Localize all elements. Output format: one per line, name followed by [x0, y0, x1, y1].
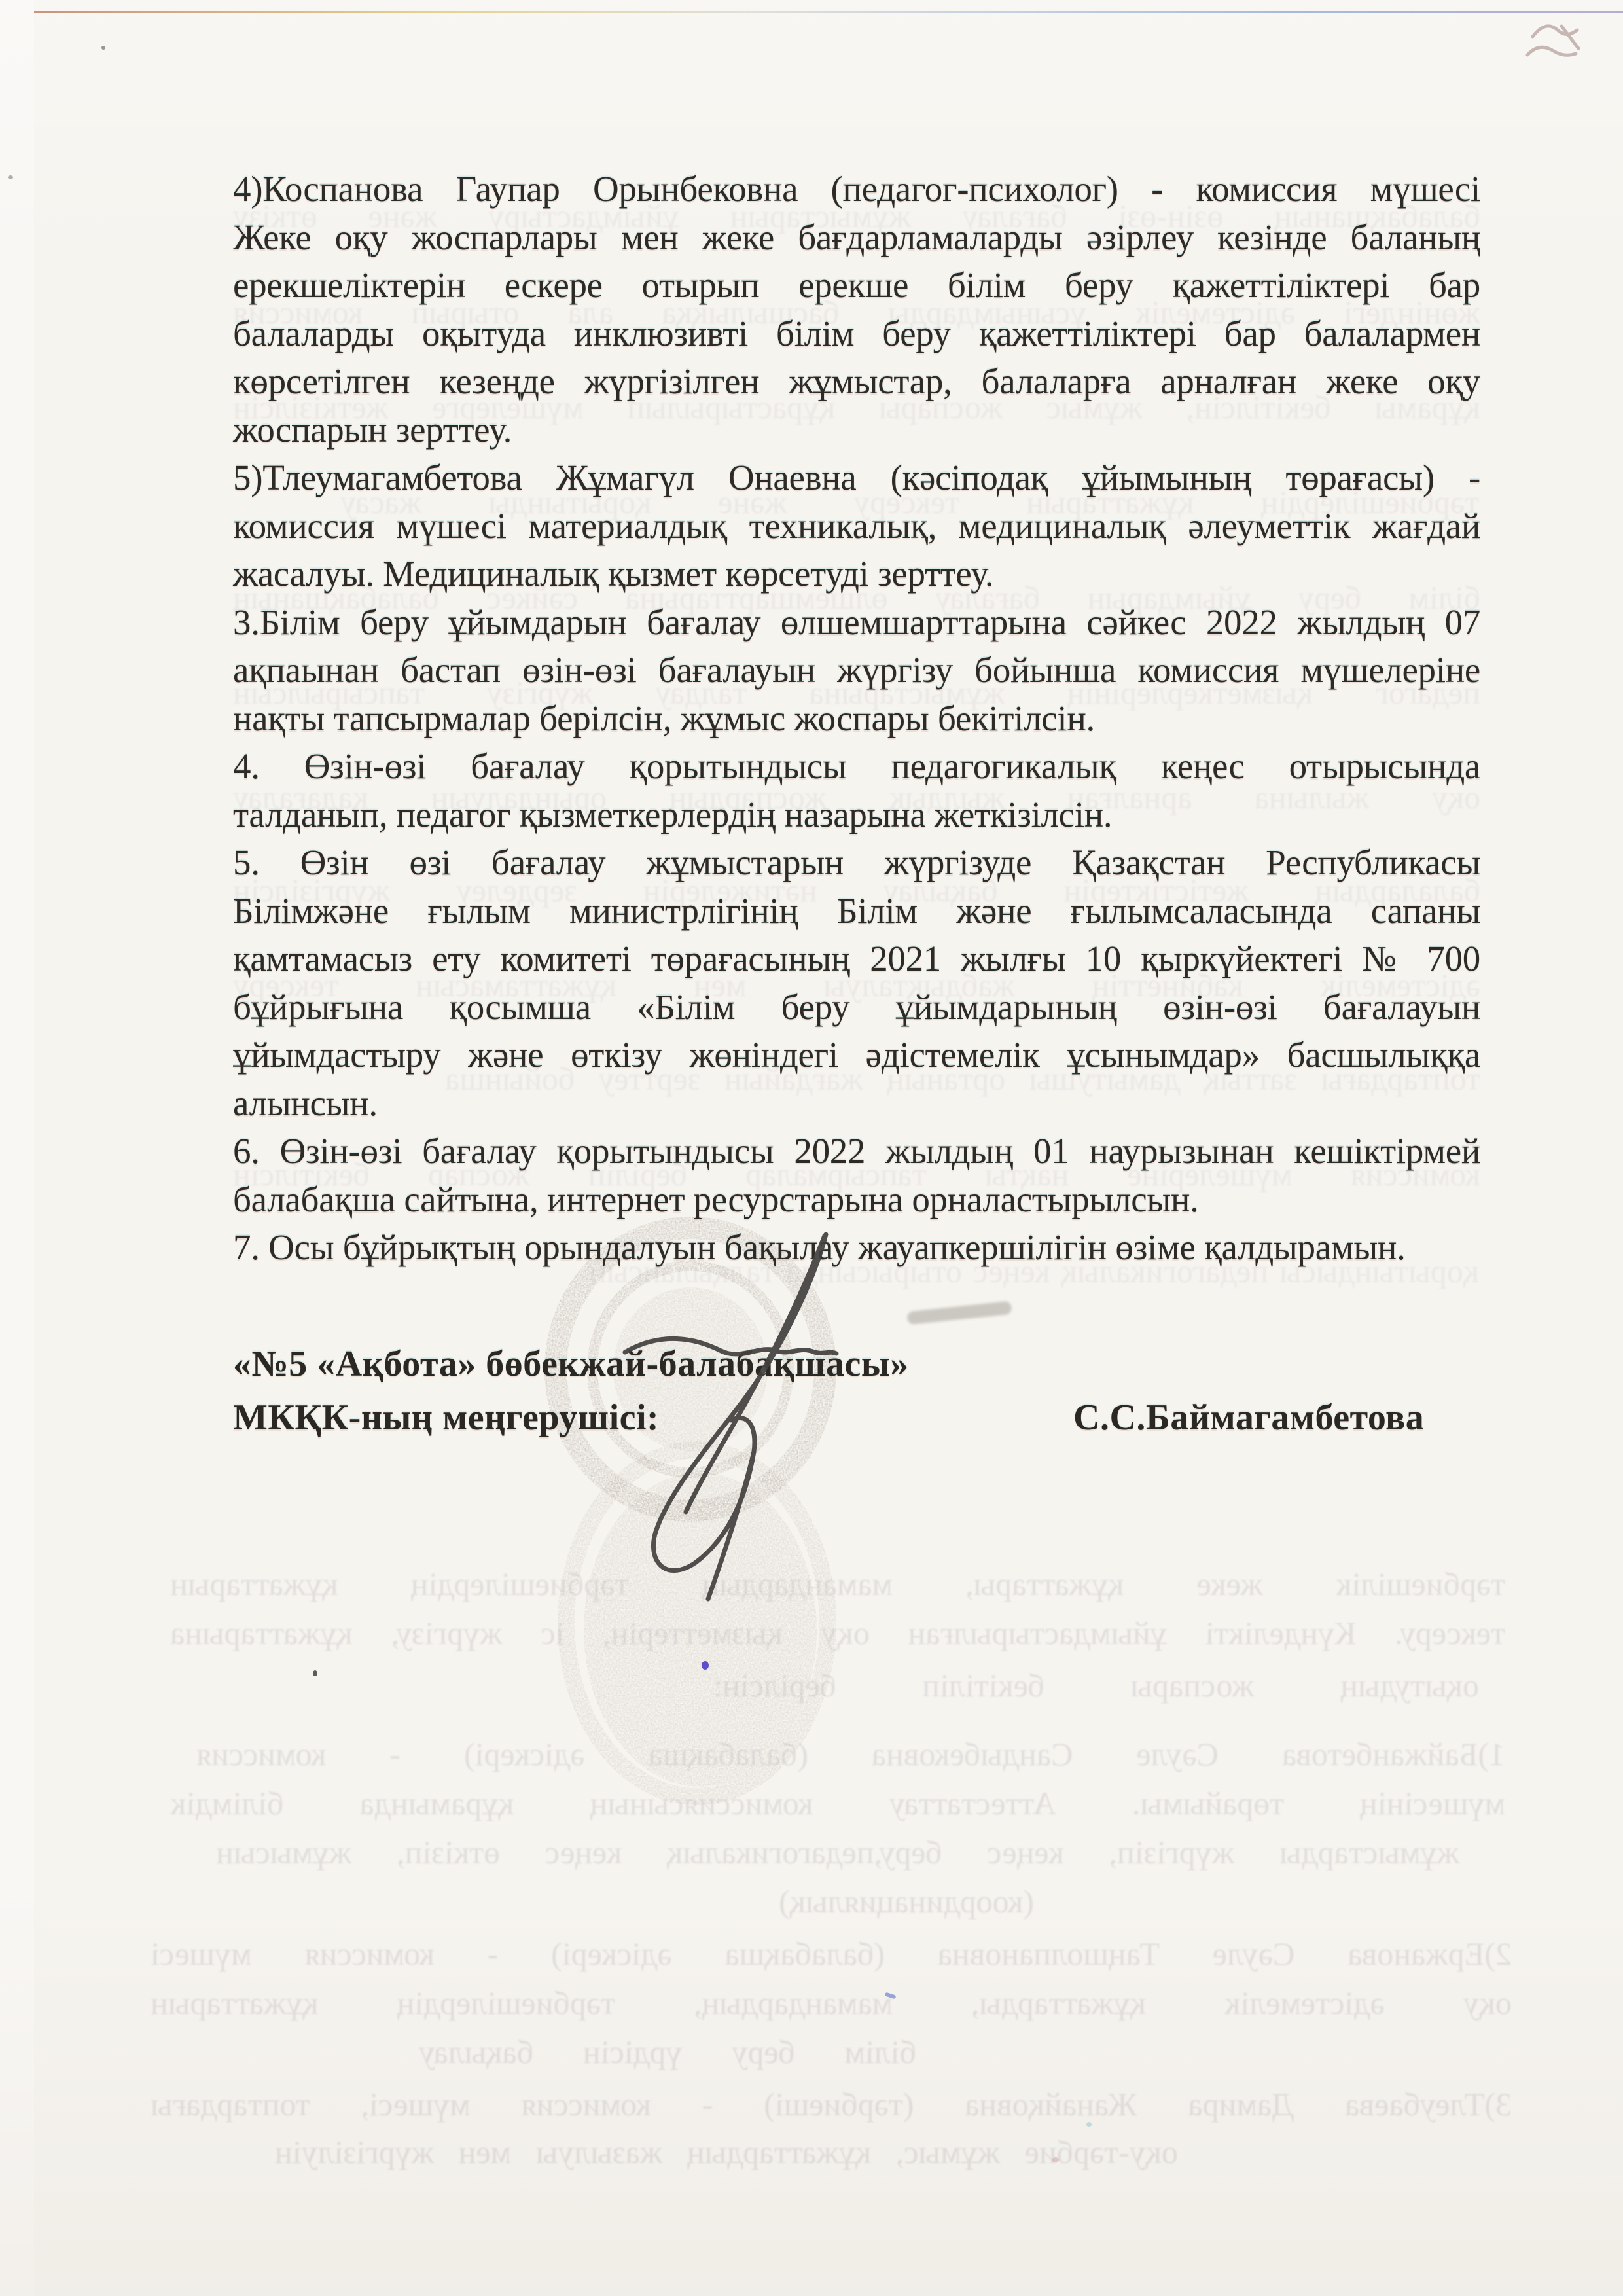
body-line: ерекшеліктерін ескере отырып ерекше білі…: [233, 261, 1480, 310]
bleedthrough-line: жұмыстарды жүргізіп, кеңес беру,педагоги…: [216, 1833, 1459, 1873]
body-line: балаларды оқытуда инклюзивті білім беру …: [233, 310, 1480, 358]
body-line: алынсын.: [233, 1079, 1480, 1128]
body-line: қамтамасыз ету комитеті төрағасының 2021…: [233, 935, 1480, 983]
ink-speck: [1052, 2157, 1059, 2162]
body-line: көрсетілген кезеңде жүргізілген жұмыстар…: [233, 357, 1480, 406]
ink-speck: [702, 1661, 709, 1670]
bleedthrough-line: (координациялық): [746, 1882, 1034, 1922]
body-line: комиссия мүшесі материалдық техникалық, …: [233, 502, 1480, 550]
body-line: бұйрығына қосымша «Білім беру ұйымдарыны…: [233, 983, 1480, 1031]
scan-left-margin: [0, 0, 34, 2296]
body-line: талданып, педагог қызметкерлердің назары…: [233, 791, 1480, 839]
pen-signature: [589, 1216, 903, 1648]
body-line: 5)Тлеумагамбетова Жұмагүл Онаевна (кәсіп…: [233, 454, 1480, 502]
bleedthrough-line: оқу әдістемелік құжаттарды, мамандардың,…: [151, 1983, 1512, 2024]
body-line: жоспарын зерттеу.: [233, 406, 1480, 454]
ink-speck: [101, 46, 105, 50]
ink-smudge: [906, 1301, 1012, 1325]
ink-speck: [8, 175, 13, 179]
body-line: Білімжәне ғылым министрлігінің Білім жән…: [233, 887, 1480, 935]
body-line: нақты тапсырмалар берілсін, жұмыс жоспар…: [233, 694, 1480, 743]
pencil-scribble: [1499, 12, 1616, 84]
body-line: Жеке оқу жоспарлары мен жеке бағдарламал…: [233, 213, 1480, 262]
body-line: ұйымдастыру және өткізу жөніндегі әдісте…: [233, 1031, 1480, 1079]
body-line: ақпаынан бастап өзін-өзі бағалауын жүргі…: [233, 646, 1480, 694]
bleedthrough-line: оқу-тәрбие жұмыс, құжаттардың жазылуы ме…: [275, 2132, 1178, 2173]
body-line: 4)Коспанова Гаупар Орынбековна (педагог-…: [233, 165, 1480, 213]
body-line: жасалуы. Медициналық қызмет көрсетуді зе…: [233, 550, 1480, 598]
bleedthrough-line: 3)Тлеубаева Дамира Жанайқовна (тәрбиеші)…: [151, 2085, 1512, 2125]
ink-speck: [1086, 2122, 1092, 2127]
scan-top-edge-artifact: [34, 11, 1623, 13]
scanned-document-page: балабақшаның өзін-өзі бағалау жұмыстарын…: [0, 0, 1623, 2296]
document-body: 4)Коспанова Гаупар Орынбековна (педагог-…: [233, 165, 1480, 1272]
bleedthrough-line: білім беру үрдісін бақылау жұмыстарын жү…: [419, 2032, 916, 2073]
signer-name: С.С.Баймагамбетова: [1073, 1397, 1424, 1439]
body-line: 3.Білім беру ұйымдарын бағалау өлшемшарт…: [233, 598, 1480, 647]
body-line: 6. Өзін-өзі бағалау қорытындысы 2022 жыл…: [233, 1127, 1480, 1175]
body-line: 4. Өзін-өзі бағалау қорытындысы педагоги…: [233, 742, 1480, 791]
ink-speck: [313, 1670, 317, 1676]
body-line: 5. Өзін өзі бағалау жұмыстарын жүргізуде…: [233, 838, 1480, 887]
bleedthrough-line: 2)Ержанова Сәуле Таңшолпановна (балабақш…: [151, 1934, 1512, 1975]
